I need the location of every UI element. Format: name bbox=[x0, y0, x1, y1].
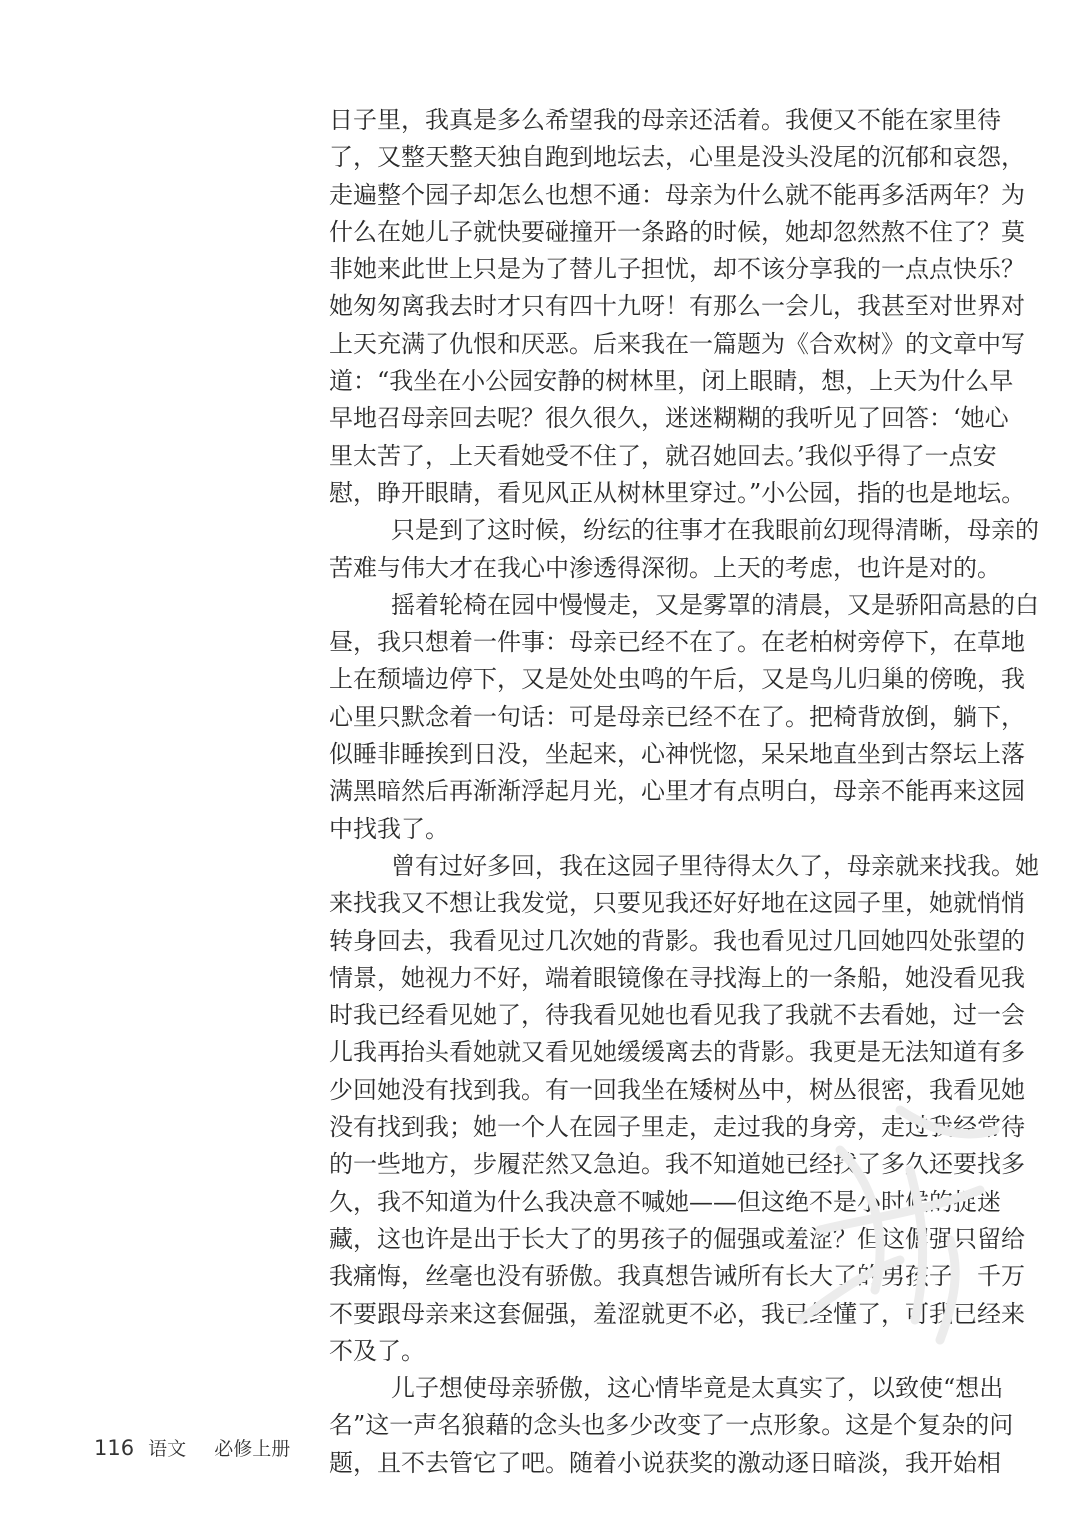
text-line: 上在颓墙边停下，又是处处虫鸣的午后，又是鸟儿归巢的傍晚，我 bbox=[329, 661, 959, 698]
text-line: 儿子想使母亲骄傲，这心情毕竟是太真实了，以致使“想出 bbox=[329, 1370, 959, 1407]
text-line: 久，我不知道为什么我决意不喊她——但这绝不是小时候的捉迷 bbox=[329, 1184, 959, 1221]
text-line: 名”这一声名狼藉的念头也多少改变了一点形象。这是个复杂的问 bbox=[329, 1407, 959, 1444]
text-line: 心里只默念着一句话：可是母亲已经不在了。把椅背放倒，躺下， bbox=[329, 699, 959, 736]
textbook-page: 日子里，我真是多么希望我的母亲还活着。我便又不能在家里待 了，又整天整天独自跑到… bbox=[0, 0, 1080, 1527]
text-line: 摇着轮椅在园中慢慢走，又是雾罩的清晨，又是骄阳高悬的白 bbox=[329, 587, 959, 624]
text-line: 里太苦了，上天看她受不住了，就召她回去。’我似乎得了一点安 bbox=[329, 438, 959, 475]
text-line: 的一些地方，步履茫然又急迫。我不知道她已经找了多久还要找多 bbox=[329, 1146, 959, 1183]
text-line: 满黑暗然后再渐渐浮起月光，心里才有点明白，母亲不能再来这园 bbox=[329, 773, 959, 810]
text-line: 时我已经看见她了，待我看见她也看见我了我就不去看她，过一会 bbox=[329, 997, 959, 1034]
paragraph: 儿子想使母亲骄傲，这心情毕竟是太真实了，以致使“想出 名”这一声名狼藉的念头也多… bbox=[329, 1370, 959, 1482]
text-line: 只是到了这时候，纷纭的往事才在我眼前幻现得清晰，母亲的 bbox=[329, 512, 959, 549]
subject-label: 语文 bbox=[148, 1438, 186, 1460]
text-line: 什么在她儿子就快要碰撞开一条路的时候，她却忽然熬不住了？莫 bbox=[329, 214, 959, 251]
page-footer: 116 语文 必修上册 bbox=[94, 1434, 290, 1461]
text-line: 不及了。 bbox=[329, 1333, 959, 1370]
text-line: 非她来此世上只是为了替儿子担忧，却不该分享我的一点点快乐？ bbox=[329, 251, 959, 288]
text-line: 昼，我只想着一件事：母亲已经不在了。在老柏树旁停下，在草地 bbox=[329, 624, 959, 661]
paragraph: 曾有过好多回，我在这园子里待得太久了，母亲就来找我。她 来找我又不想让我发觉，只… bbox=[329, 848, 959, 1370]
text-line: 似睡非睡挨到日没，坐起来，心神恍惚，呆呆地直坐到古祭坛上落 bbox=[329, 736, 959, 773]
text-line: 来找我又不想让我发觉，只要见我还好好地在这园子里，她就悄悄 bbox=[329, 885, 959, 922]
text-line: 道：“我坐在小公园安静的树林里，闭上眼睛，想，上天为什么早 bbox=[329, 363, 959, 400]
text-line: 转身回去，我看见过几次她的背影。我也看见过几回她四处张望的 bbox=[329, 923, 959, 960]
text-line: 藏，这也许是出于长大了的男孩子的倔强或羞涩？但这倔强只留给 bbox=[329, 1221, 959, 1258]
text-line: 走遍整个园子却怎么也想不通：母亲为什么就不能再多活两年？为 bbox=[329, 177, 959, 214]
paragraph: 只是到了这时候，纷纭的往事才在我眼前幻现得清晰，母亲的 苦难与伟大才在我心中渗透… bbox=[329, 512, 959, 587]
body-text: 日子里，我真是多么希望我的母亲还活着。我便又不能在家里待 了，又整天整天独自跑到… bbox=[329, 102, 959, 1482]
text-line: 曾有过好多回，我在这园子里待得太久了，母亲就来找我。她 bbox=[329, 848, 959, 885]
text-line: 日子里，我真是多么希望我的母亲还活着。我便又不能在家里待 bbox=[329, 102, 959, 139]
page-number: 116 bbox=[94, 1436, 134, 1460]
paragraph: 日子里，我真是多么希望我的母亲还活着。我便又不能在家里待 了，又整天整天独自跑到… bbox=[329, 102, 959, 512]
text-line: 情景，她视力不好，端着眼镜像在寻找海上的一条船，她没看见我 bbox=[329, 960, 959, 997]
text-line: 没有找到我；她一个人在园子里走，走过我的身旁，走过我经常待 bbox=[329, 1109, 959, 1146]
text-line: 不要跟母亲来这套倔强，羞涩就更不必，我已经懂了，可我已经来 bbox=[329, 1296, 959, 1333]
text-line: 中找我了。 bbox=[329, 811, 959, 848]
text-line: 儿我再抬头看她就又看见她缓缓离去的背影。我更是无法知道有多 bbox=[329, 1034, 959, 1071]
text-line: 上天充满了仇恨和厌恶。后来我在一篇题为《合欢树》的文章中写 bbox=[329, 326, 959, 363]
text-line: 慰，睁开眼睛，看见风正从树林里穿过。”小公园，指的也是地坛。 bbox=[329, 475, 959, 512]
text-line: 早地召母亲回去呢？很久很久，迷迷糊糊的我听见了回答：‘她心 bbox=[329, 400, 959, 437]
volume-label: 必修上册 bbox=[214, 1438, 290, 1460]
text-line: 少回她没有找到我。有一回我坐在矮树丛中，树丛很密，我看见她 bbox=[329, 1072, 959, 1109]
text-line: 题，且不去管它了吧。随着小说获奖的激动逐日暗淡，我开始相 bbox=[329, 1445, 959, 1482]
text-line: 我痛悔，丝毫也没有骄傲。我真想告诫所有长大了的男孩子，千万 bbox=[329, 1258, 959, 1295]
text-line: 了，又整天整天独自跑到地坛去，心里是没头没尾的沉郁和哀怨， bbox=[329, 139, 959, 176]
paragraph: 摇着轮椅在园中慢慢走，又是雾罩的清晨，又是骄阳高悬的白 昼，我只想着一件事：母亲… bbox=[329, 587, 959, 848]
text-line: 苦难与伟大才在我心中渗透得深彻。上天的考虑，也许是对的。 bbox=[329, 550, 959, 587]
text-line: 她匆匆离我去时才只有四十九呀！有那么一会儿，我甚至对世界对 bbox=[329, 288, 959, 325]
